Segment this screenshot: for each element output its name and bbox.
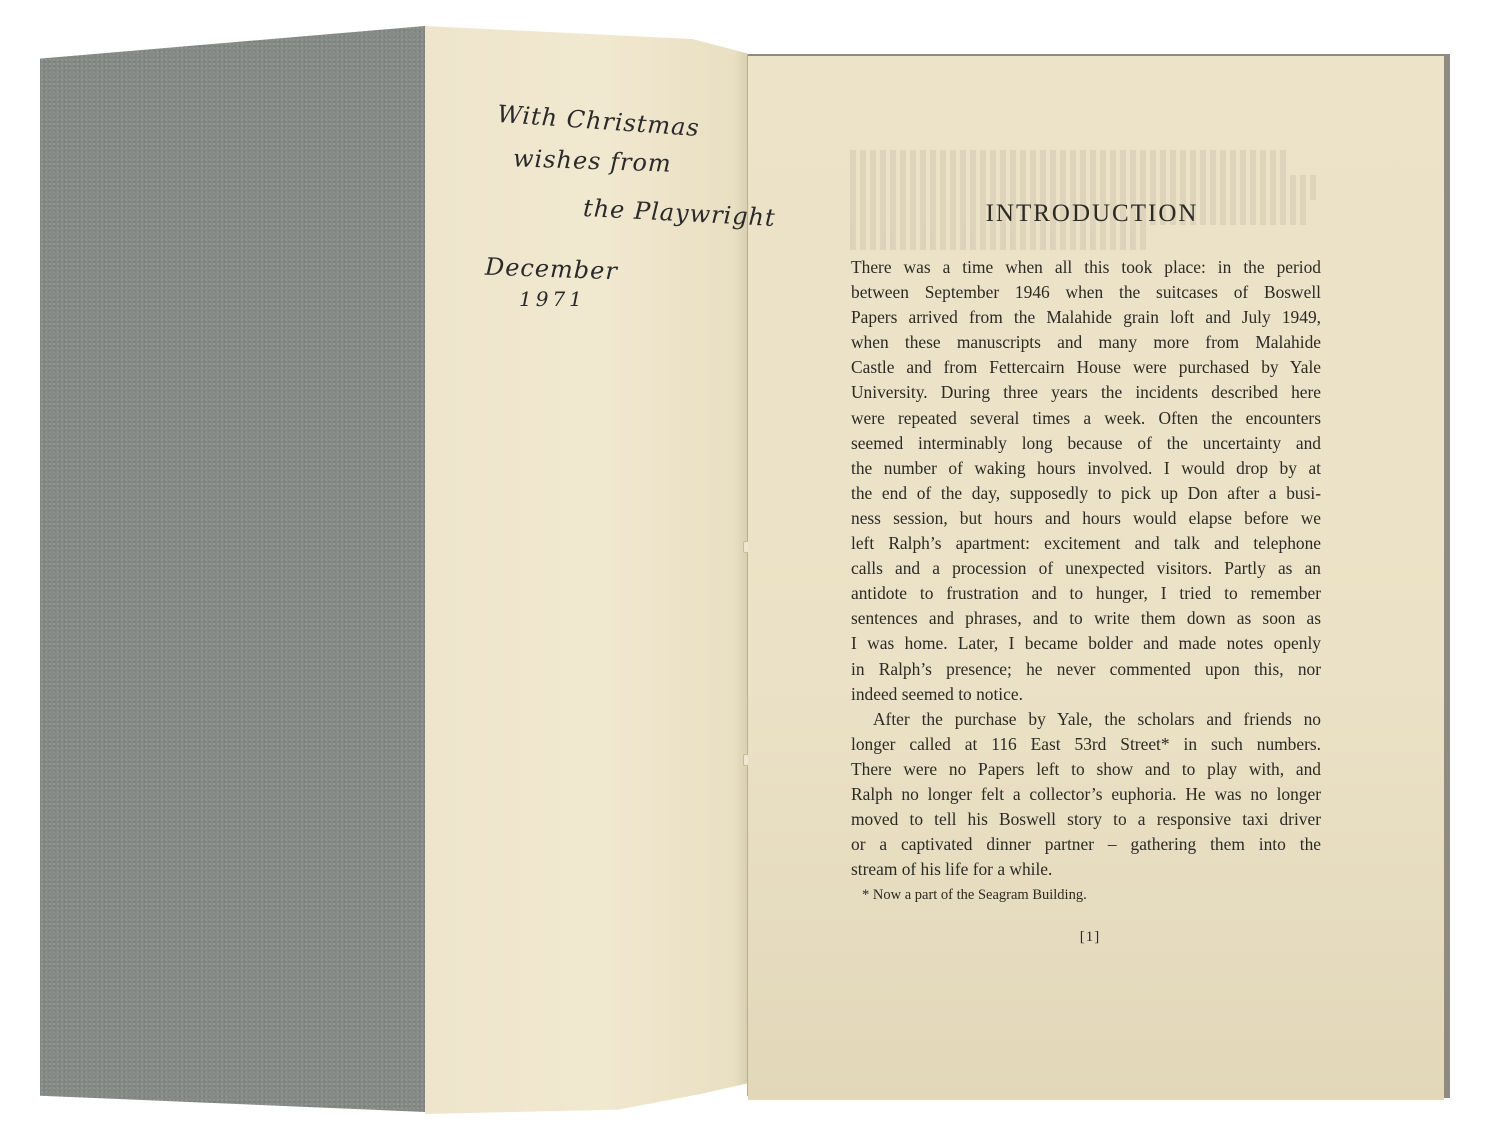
text-line: in Ralph’s presence; he never commented … xyxy=(851,657,1321,682)
inscription-date-month: December xyxy=(485,253,619,286)
text-line: or a captivated dinner partner – gatheri… xyxy=(851,832,1321,857)
chapter-heading: INTRODUCTION xyxy=(850,200,1334,228)
text-line: There was a time when all this took plac… xyxy=(851,255,1321,280)
inscription-line: wishes from xyxy=(513,144,673,178)
open-book: With Christmas wishes from the Playwrigh… xyxy=(0,0,1500,1147)
page-number: [1] xyxy=(1060,929,1120,946)
text-line: stream of his life for a while. xyxy=(851,857,1321,882)
text-line: longer called at 116 East 53rd Street* i… xyxy=(851,732,1321,757)
inscription-line: With Christmas xyxy=(496,100,700,142)
gray-cover xyxy=(40,26,425,1112)
paragraph-1: There was a time when all this took plac… xyxy=(851,255,1321,707)
text-line: calls and a procession of unexpected vis… xyxy=(851,556,1321,581)
text-line: the number of waking hours involved. I w… xyxy=(851,456,1321,481)
introduction-body: There was a time when all this took plac… xyxy=(851,255,1321,882)
text-line: antidote to frustration and to hunger, I… xyxy=(851,581,1321,606)
handwritten-inscription: With Christmas wishes from the Playwrigh… xyxy=(485,105,745,325)
text-line: sentences and phrases, and to write them… xyxy=(851,606,1321,631)
text-line: when these manuscripts and many more fro… xyxy=(851,330,1321,355)
text-line: Papers arrived from the Malahide grain l… xyxy=(851,305,1321,330)
text-line: Castle and from Fettercairn House were p… xyxy=(851,355,1321,380)
paragraph-2: After the purchase by Yale, the scholars… xyxy=(851,707,1321,883)
text-line: moved to tell his Boswell story to a res… xyxy=(851,807,1321,832)
text-line: between September 1946 when the suitcase… xyxy=(851,280,1321,305)
footnote: * Now a part of the Seagram Building. xyxy=(862,887,1087,904)
text-line: were repeated several times a week. Ofte… xyxy=(851,406,1321,431)
text-line: the end of the day, supposedly to pick u… xyxy=(851,481,1321,506)
text-line: seemed interminably long because of the … xyxy=(851,431,1321,456)
text-line: University. During three years the incid… xyxy=(851,380,1321,405)
text-line: Ralph no longer felt a collector’s eupho… xyxy=(851,782,1321,807)
text-line: After the purchase by Yale, the scholars… xyxy=(851,707,1321,732)
text-line: indeed seemed to notice. xyxy=(851,682,1321,707)
text-line: There were no Papers left to show and to… xyxy=(851,757,1321,782)
text-line: I was home. Later, I became bolder and m… xyxy=(851,631,1321,656)
text-line: ness session, but hours and hours would … xyxy=(851,506,1321,531)
inscription-date-year: 1971 xyxy=(519,287,586,311)
back-cover-edge xyxy=(1444,54,1450,1098)
text-line: left Ralph’s apartment: excitement and t… xyxy=(851,531,1321,556)
